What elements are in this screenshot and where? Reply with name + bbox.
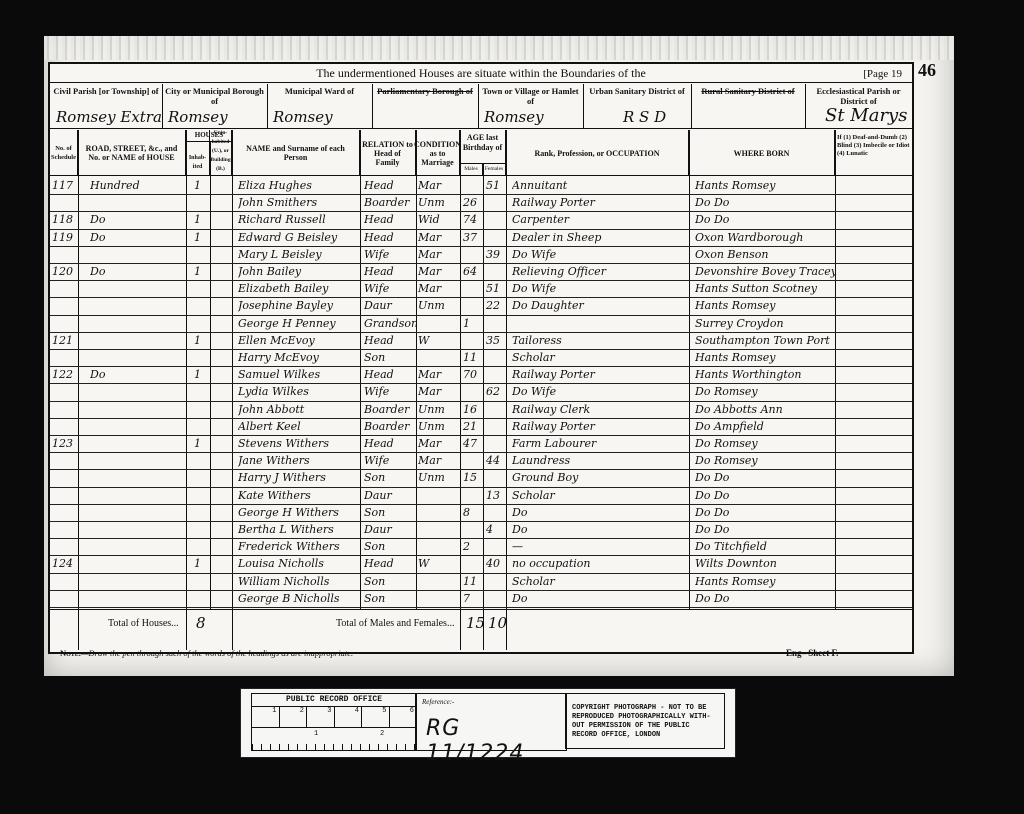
cell-name: Bertha L Withers xyxy=(238,521,360,538)
ruler-tick: 6 xyxy=(390,707,417,727)
cell-schedule xyxy=(52,297,78,314)
cell-male-age xyxy=(463,280,483,297)
cell-address xyxy=(90,383,180,400)
cell-occupation: Farm Labourer xyxy=(512,435,688,452)
cell-name: Jane Withers xyxy=(238,452,360,469)
cell-name: Frederick Withers xyxy=(238,538,360,555)
census-row: Harry McEvoySon11ScholarHants Romsey xyxy=(50,349,912,367)
cell-occupation: Do Wife xyxy=(512,383,688,400)
page-label: [Page 19 xyxy=(863,65,902,83)
cell-female-age xyxy=(486,229,506,246)
field-value: St Marys xyxy=(825,105,907,126)
cell-relation: Son xyxy=(364,504,416,521)
cell-condition xyxy=(418,573,460,590)
field-town-village: Town or Village or Hamlet ofRomsey xyxy=(478,84,584,128)
cell-schedule xyxy=(52,246,78,263)
cell-born: Hants Romsey xyxy=(695,573,835,590)
cell-inhabited xyxy=(194,469,208,486)
cell-relation: Daur xyxy=(364,297,416,314)
cell-condition xyxy=(418,590,460,607)
cell-born: Do Romsey xyxy=(695,452,835,469)
cell-inhabited xyxy=(194,194,208,211)
census-row: 122Do1Samuel WilkesHeadMar70Railway Port… xyxy=(50,366,912,384)
cell-inhabited xyxy=(194,573,208,590)
inch-ruler: 1 2 xyxy=(252,728,416,750)
cell-female-age xyxy=(486,435,506,452)
cell-address xyxy=(90,469,180,486)
cell-schedule xyxy=(52,487,78,504)
cell-female-age xyxy=(486,315,506,332)
cell-address xyxy=(90,590,180,607)
cell-condition xyxy=(418,487,460,504)
copyright-notice: COPYRIGHT PHOTOGRAPH - NOT TO BE REPRODU… xyxy=(565,693,725,749)
field-ecclesiastical-parish: Ecclesiastical Parish or District ofSt M… xyxy=(805,84,912,128)
cell-occupation: Railway Porter xyxy=(512,194,688,211)
cell-inhabited xyxy=(194,349,208,366)
cell-born: Surrey Croydon xyxy=(695,315,835,332)
cell-male-age xyxy=(463,452,483,469)
reference-value: RG 11/1224 xyxy=(426,716,566,766)
cell-female-age xyxy=(486,573,506,590)
cell-female-age: 35 xyxy=(486,332,506,349)
cell-born: Southampton Town Port xyxy=(695,332,835,349)
cell-female-age xyxy=(486,263,506,280)
cell-occupation xyxy=(512,315,688,332)
cell-born: Devonshire Bovey Tracey xyxy=(695,263,835,280)
field-value: Romsey xyxy=(484,108,544,126)
census-row: George H WithersSon8DoDo Do xyxy=(50,504,912,522)
cell-schedule: 123 xyxy=(52,435,78,452)
cell-male-age: 11 xyxy=(463,573,483,590)
cell-occupation: Railway Porter xyxy=(512,418,688,435)
cell-name: Louisa Nicholls xyxy=(238,555,360,572)
census-form: The undermentioned Houses are situate wi… xyxy=(48,62,914,654)
census-row: Bertha L WithersDaur4DoDo Do xyxy=(50,521,912,539)
cell-inhabited: 1 xyxy=(194,263,208,280)
cell-condition xyxy=(418,315,460,332)
cell-schedule: 121 xyxy=(52,332,78,349)
cell-schedule xyxy=(52,401,78,418)
cell-address: Do xyxy=(90,229,180,246)
cell-address xyxy=(90,452,180,469)
field-label: City or Municipal Borough of xyxy=(162,84,267,106)
cell-condition: Unm xyxy=(418,194,460,211)
cell-name: Richard Russell xyxy=(238,211,360,228)
field-value: Romsey xyxy=(273,108,333,126)
cell-born: Wilts Downton xyxy=(695,555,835,572)
cell-inhabited: 1 xyxy=(194,435,208,452)
col-occupation: Rank, Profession, or OCCUPATION xyxy=(506,130,689,176)
census-row: 1241Louisa NichollsHeadW40no occupationW… xyxy=(50,555,912,573)
cell-inhabited xyxy=(194,280,208,297)
cell-relation: Boarder xyxy=(364,418,416,435)
field-label: Municipal Ward of xyxy=(267,84,372,96)
field-label: Town or Village or Hamlet of xyxy=(478,84,583,106)
field-label: Urban Sanitary District of xyxy=(583,84,691,96)
reference-box: Reference:- RG 11/1224 xyxy=(415,693,567,751)
cell-occupation: Scholar xyxy=(512,487,688,504)
cell-born: Do Do xyxy=(695,469,835,486)
col-schedule: No. of Schedule xyxy=(50,130,78,176)
cell-condition: Mar xyxy=(418,263,460,280)
cell-address xyxy=(90,435,180,452)
cell-born: Do Do xyxy=(695,521,835,538)
cell-relation: Head xyxy=(364,366,416,383)
cell-schedule: 122 xyxy=(52,366,78,383)
cell-occupation: Do Daughter xyxy=(512,297,688,314)
cell-address xyxy=(90,297,180,314)
census-row: Josephine BayleyDaurUnm22Do DaughterHant… xyxy=(50,297,912,315)
cell-male-age xyxy=(463,487,483,504)
cell-inhabited xyxy=(194,452,208,469)
cell-occupation: Laundress xyxy=(512,452,688,469)
cell-inhabited xyxy=(194,315,208,332)
cell-name: George B Nicholls xyxy=(238,590,360,607)
field-urban-sanitary: Urban Sanitary District ofR S D xyxy=(583,84,692,128)
cell-address xyxy=(90,246,180,263)
cell-female-age: 22 xyxy=(486,297,506,314)
cell-relation: Head xyxy=(364,435,416,452)
field-municipal-ward: Municipal Ward ofRomsey xyxy=(267,84,373,128)
cell-schedule xyxy=(52,315,78,332)
cell-schedule: 119 xyxy=(52,229,78,246)
col-where-born: WHERE BORN xyxy=(689,130,835,176)
total-males-value: 15 xyxy=(466,614,485,632)
cell-relation: Wife xyxy=(364,280,416,297)
cell-male-age: 21 xyxy=(463,418,483,435)
field-civil-parish: Civil Parish [or Township] ofRomsey Extr… xyxy=(50,84,163,128)
cell-schedule: 120 xyxy=(52,263,78,280)
cell-inhabited xyxy=(194,504,208,521)
form-note: Note.—Draw the pen through such of the w… xyxy=(60,648,353,658)
ruler-tick: 1 xyxy=(252,707,280,727)
census-row: George B NichollsSon7DoDo Do xyxy=(50,590,912,608)
cell-relation: Daur xyxy=(364,487,416,504)
cell-born: Do Do xyxy=(695,504,835,521)
cell-born: Do Romsey xyxy=(695,383,835,400)
cell-name: Kate Withers xyxy=(238,487,360,504)
cell-condition xyxy=(418,538,460,555)
cell-female-age xyxy=(486,538,506,555)
cell-schedule xyxy=(52,573,78,590)
field-value: Romsey xyxy=(168,108,228,126)
cell-schedule xyxy=(52,521,78,538)
cell-female-age: 51 xyxy=(486,177,506,194)
cell-relation: Boarder xyxy=(364,401,416,418)
cell-condition xyxy=(418,521,460,538)
cell-male-age: 16 xyxy=(463,401,483,418)
cell-relation: Wife xyxy=(364,452,416,469)
cell-born: Hants Romsey xyxy=(695,297,835,314)
record-office-label: PUBLIC RECORD OFFICE 1 2 3 4 5 6 1 2 Ref… xyxy=(240,688,736,758)
cell-male-age: 47 xyxy=(463,435,483,452)
cell-relation: Boarder xyxy=(364,194,416,211)
cell-male-age: 26 xyxy=(463,194,483,211)
cell-occupation: Railway Clerk xyxy=(512,401,688,418)
cell-condition: Mar xyxy=(418,280,460,297)
census-row: 1211Ellen McEvoyHeadW35TailoressSouthamp… xyxy=(50,332,912,350)
cell-relation: Head xyxy=(364,555,416,572)
cell-inhabited xyxy=(194,590,208,607)
cell-female-age: 40 xyxy=(486,555,506,572)
cell-inhabited xyxy=(194,538,208,555)
cell-address: Do xyxy=(90,263,180,280)
cell-male-age: 74 xyxy=(463,211,483,228)
cell-condition: Unm xyxy=(418,469,460,486)
cell-address xyxy=(90,194,180,211)
cell-relation: Son xyxy=(364,349,416,366)
cell-female-age: 39 xyxy=(486,246,506,263)
cell-address: Do xyxy=(90,211,180,228)
cell-born: Do Do xyxy=(695,590,835,607)
col-name: NAME and Surname of each Person xyxy=(232,130,360,176)
census-row: 119Do1Edward G BeisleyHeadMar37Dealer in… xyxy=(50,229,912,247)
census-row: Albert KeelBoarderUnm21Railway PorterDo … xyxy=(50,418,912,436)
cell-address: Do xyxy=(90,366,180,383)
cell-occupation: Do xyxy=(512,521,688,538)
cell-male-age xyxy=(463,332,483,349)
cell-born: Hants Worthington xyxy=(695,366,835,383)
cell-condition: Unm xyxy=(418,418,460,435)
cell-male-age: 2 xyxy=(463,538,483,555)
field-label: Rural Sanitary District of xyxy=(691,84,805,96)
cell-male-age xyxy=(463,177,483,194)
cell-born: Do Do xyxy=(695,211,835,228)
cell-occupation: Carpenter xyxy=(512,211,688,228)
cell-male-age xyxy=(463,555,483,572)
cell-male-age: 8 xyxy=(463,504,483,521)
cell-female-age xyxy=(486,401,506,418)
cell-condition: Mar xyxy=(418,366,460,383)
cell-condition: Wid xyxy=(418,211,460,228)
cell-condition: Mar xyxy=(418,246,460,263)
cell-condition: Mar xyxy=(418,229,460,246)
cell-name: Lydia Wilkes xyxy=(238,383,360,400)
field-value: R S D xyxy=(623,108,666,126)
cell-name: Harry J Withers xyxy=(238,469,360,486)
cell-schedule xyxy=(52,280,78,297)
ruler-tick: 2 xyxy=(380,730,384,738)
cell-occupation: no occupation xyxy=(512,555,688,572)
ruler-tick: 2 xyxy=(280,707,308,727)
note-text: —Draw the pen through such of the words … xyxy=(81,648,353,658)
cell-condition xyxy=(418,504,460,521)
cell-inhabited: 1 xyxy=(194,366,208,383)
cell-relation: Head xyxy=(364,177,416,194)
cell-address xyxy=(90,401,180,418)
cell-name: George H Withers xyxy=(238,504,360,521)
census-row: Lydia WilkesWifeMar62Do WifeDo Romsey xyxy=(50,383,912,401)
census-row: William NichollsSon11ScholarHants Romsey xyxy=(50,573,912,591)
cell-address xyxy=(90,280,180,297)
cell-born: Do Do xyxy=(695,194,835,211)
cell-occupation: — xyxy=(512,538,688,555)
cell-name: Samuel Wilkes xyxy=(238,366,360,383)
col-infirmity: If (1) Deaf-and-Dumb (2) Blind (3) Imbec… xyxy=(835,130,912,176)
cell-male-age xyxy=(463,383,483,400)
cell-female-age xyxy=(486,349,506,366)
total-persons-label: Total of Males and Females... xyxy=(336,618,454,629)
total-females-value: 10 xyxy=(488,614,507,632)
ruler-tick: 3 xyxy=(307,707,335,727)
cell-female-age: 51 xyxy=(486,280,506,297)
field-parliamentary-borough: Parliamentary Borough of xyxy=(372,84,479,128)
pro-scale-box: PUBLIC RECORD OFFICE 1 2 3 4 5 6 1 2 xyxy=(251,693,417,751)
sheet-label: Eng– Sheet F. xyxy=(786,648,838,658)
cell-female-age: 4 xyxy=(486,521,506,538)
cell-relation: Son xyxy=(364,590,416,607)
cell-female-age xyxy=(486,504,506,521)
cell-schedule xyxy=(52,504,78,521)
cell-male-age xyxy=(463,246,483,263)
totals-row: Total of Houses... 8 Total of Males and … xyxy=(50,609,912,638)
total-houses-value: 8 xyxy=(196,614,206,632)
cell-address xyxy=(90,521,180,538)
cell-occupation: Scholar xyxy=(512,349,688,366)
col-address: ROAD, STREET, &c., and No. or NAME of HO… xyxy=(78,130,186,176)
census-row: 1231Stevens WithersHeadMar47Farm Laboure… xyxy=(50,435,912,453)
ruler-tick: 1 xyxy=(314,730,318,738)
cell-condition: Unm xyxy=(418,401,460,418)
cell-born: Oxon Wardborough xyxy=(695,229,835,246)
cell-name: John Bailey xyxy=(238,263,360,280)
field-label: Parliamentary Borough of xyxy=(372,84,478,96)
cell-schedule xyxy=(52,194,78,211)
cell-condition: Mar xyxy=(418,452,460,469)
col-females: Females xyxy=(483,164,506,175)
cell-male-age: 1 xyxy=(463,315,483,332)
cell-inhabited: 1 xyxy=(194,177,208,194)
cell-female-age xyxy=(486,194,506,211)
cell-relation: Head xyxy=(364,332,416,349)
cell-born: Hants Sutton Scotney xyxy=(695,280,835,297)
cell-male-age: 70 xyxy=(463,366,483,383)
cell-name: William Nicholls xyxy=(238,573,360,590)
cell-schedule xyxy=(52,538,78,555)
cell-inhabited xyxy=(194,401,208,418)
census-row: John SmithersBoarderUnm26Railway PorterD… xyxy=(50,194,912,212)
cell-male-age: 11 xyxy=(463,349,483,366)
cell-occupation: Do Wife xyxy=(512,246,688,263)
cell-name: George H Penney xyxy=(238,315,360,332)
census-row: 117Hundred1Eliza HughesHeadMar51Annuitan… xyxy=(50,177,912,195)
cell-born: Do Do xyxy=(695,487,835,504)
cell-relation: Son xyxy=(364,538,416,555)
cell-relation: Head xyxy=(364,263,416,280)
cell-address xyxy=(90,332,180,349)
cell-relation: Wife xyxy=(364,246,416,263)
cell-schedule xyxy=(52,418,78,435)
cell-name: Josephine Bayley xyxy=(238,297,360,314)
cell-name: Albert Keel xyxy=(238,418,360,435)
cell-relation: Head xyxy=(364,229,416,246)
cell-name: Harry McEvoy xyxy=(238,349,360,366)
cell-name: John Abbott xyxy=(238,401,360,418)
cell-address xyxy=(90,573,180,590)
cell-address xyxy=(90,487,180,504)
cell-occupation: Scholar xyxy=(512,573,688,590)
cell-address: Hundred xyxy=(90,177,180,194)
cell-inhabited xyxy=(194,383,208,400)
col-condition: CONDITION as to Marriage xyxy=(416,130,460,176)
cell-born: Hants Romsey xyxy=(695,349,835,366)
cell-male-age: 7 xyxy=(463,590,483,607)
cell-inhabited: 1 xyxy=(194,229,208,246)
header-rule xyxy=(50,175,912,176)
cell-male-age: 15 xyxy=(463,469,483,486)
census-row: Kate WithersDaur13ScholarDo Do xyxy=(50,487,912,505)
census-row: Mary L BeisleyWifeMar39Do WifeOxon Benso… xyxy=(50,246,912,264)
reference-label: Reference:- xyxy=(422,698,454,706)
cell-occupation: Railway Porter xyxy=(512,366,688,383)
cell-occupation: Ground Boy xyxy=(512,469,688,486)
census-row: 118Do1Richard RussellHeadWid74CarpenterD… xyxy=(50,211,912,229)
cell-inhabited xyxy=(194,246,208,263)
cell-inhabited: 1 xyxy=(194,555,208,572)
cell-female-age: 44 xyxy=(486,452,506,469)
cell-occupation: Do xyxy=(512,590,688,607)
cell-male-age: 37 xyxy=(463,229,483,246)
cell-male-age: 64 xyxy=(463,263,483,280)
cell-inhabited xyxy=(194,487,208,504)
census-row: Jane WithersWifeMar44LaundressDo Romsey xyxy=(50,452,912,470)
census-row: John AbbottBoarderUnm16Railway ClerkDo A… xyxy=(50,401,912,419)
cell-name: Mary L Beisley xyxy=(238,246,360,263)
cell-condition: W xyxy=(418,555,460,572)
cell-born: Hants Romsey xyxy=(695,177,835,194)
boundaries-banner: The undermentioned Houses are situate wi… xyxy=(50,64,912,83)
cell-female-age xyxy=(486,366,506,383)
cell-inhabited xyxy=(194,297,208,314)
ruler-tick: 4 xyxy=(335,707,363,727)
cell-relation: Son xyxy=(364,573,416,590)
cell-name: John Smithers xyxy=(238,194,360,211)
cell-female-age xyxy=(486,590,506,607)
cell-schedule: 118 xyxy=(52,211,78,228)
cell-schedule xyxy=(52,590,78,607)
cell-born: Do Titchfield xyxy=(695,538,835,555)
cell-address xyxy=(90,504,180,521)
cell-name: Stevens Withers xyxy=(238,435,360,452)
cell-condition: W xyxy=(418,332,460,349)
cell-inhabited xyxy=(194,521,208,538)
cell-relation: Wife xyxy=(364,383,416,400)
cell-schedule xyxy=(52,469,78,486)
cell-inhabited: 1 xyxy=(194,211,208,228)
cell-occupation: Dealer in Sheep xyxy=(512,229,688,246)
cell-born: Do Ampfield xyxy=(695,418,835,435)
houses-group-header: HOUSES xyxy=(186,130,232,142)
cell-address xyxy=(90,555,180,572)
cell-condition: Mar xyxy=(418,383,460,400)
cell-born: Do Abbotts Ann xyxy=(695,401,835,418)
census-row: Harry J WithersSonUnm15Ground BoyDo Do xyxy=(50,469,912,487)
cell-born: Do Romsey xyxy=(695,435,835,452)
cell-schedule: 117 xyxy=(52,177,78,194)
col-relation: RELATION to Head of Family xyxy=(360,130,416,176)
cell-address xyxy=(90,349,180,366)
cell-address xyxy=(90,315,180,332)
cell-occupation: Do Wife xyxy=(512,280,688,297)
cell-name: Ellen McEvoy xyxy=(238,332,360,349)
cell-schedule xyxy=(52,452,78,469)
banner-text: The undermentioned Houses are situate wi… xyxy=(316,66,646,80)
cell-born: Oxon Benson xyxy=(695,246,835,263)
cell-relation: Daur xyxy=(364,521,416,538)
cell-relation: Grandson xyxy=(364,315,416,332)
total-houses-label: Total of Houses... xyxy=(108,618,179,629)
cell-schedule: 124 xyxy=(52,555,78,572)
